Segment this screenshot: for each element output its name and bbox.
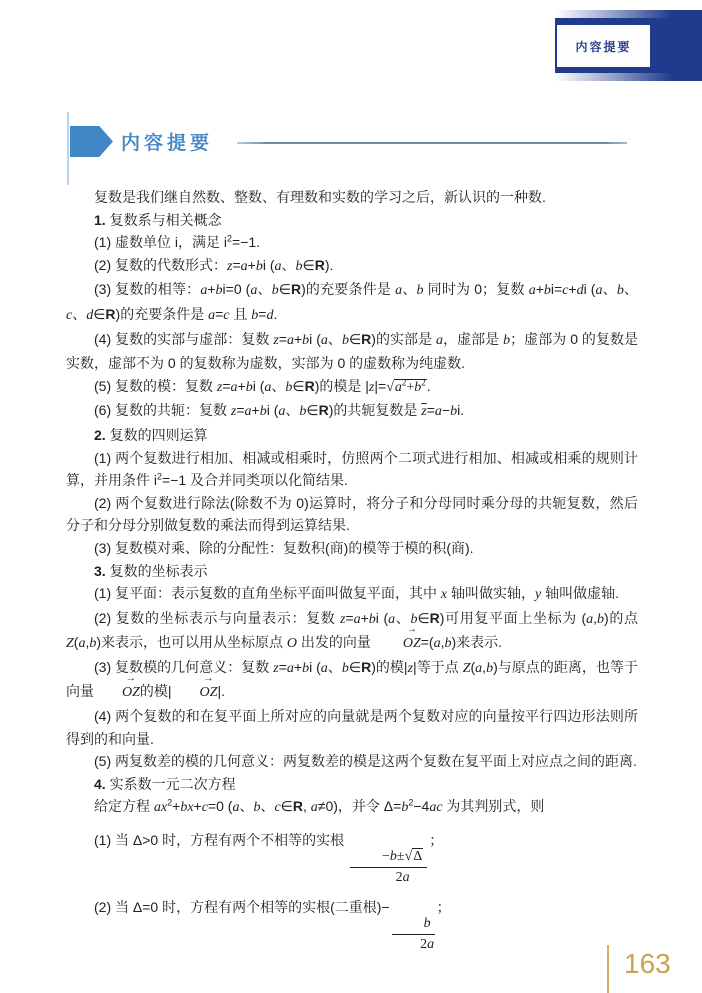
corner-tab-top-strip <box>555 10 702 18</box>
paragraph: (3) 复数模的几何意义：复数 z=a+bi (a、b∈R)的模|z|等于点 Z… <box>66 656 638 705</box>
paragraph: 4. 实系数一元二次方程 <box>66 773 638 796</box>
paragraph: (3) 复数的相等：a+bi=0 (a、b∈R)的充要条件是 a、b 同时为 0… <box>66 278 638 327</box>
paragraph: 复数是我们继自然数、整数、有理数和实数的学习之后，新认识的一种数. <box>66 186 638 209</box>
paragraph: (2) 两个复数进行除法(除数不为 0)运算时，将分子和分母同时乘分母的共轭复数… <box>66 492 638 537</box>
corner-tab-bottom-strip <box>555 73 702 81</box>
paragraph: (1) 两个复数进行相加、相减或相乘时，仿照两个二项式进行相加、相减或相乘的规则… <box>66 447 638 492</box>
paragraph: 3. 复数的坐标表示 <box>66 560 638 583</box>
paragraph: 2. 复数的四则运算 <box>66 424 638 447</box>
section-title: 内容提要 <box>121 128 213 155</box>
header-vertical-line <box>67 112 69 185</box>
content-paragraphs: 复数是我们继自然数、整数、有理数和实数的学习之后，新认识的一种数.1. 复数系与… <box>66 186 638 961</box>
paragraph: (5) 两复数差的模的几何意义：两复数差的模是这两个复数在复平面上对应点之间的距… <box>66 750 638 773</box>
paragraph: (3) 复数模对乘、除的分配性：复数积(商)的模等于模的积(商). <box>66 537 638 560</box>
paragraph: (2) 复数的坐标表示与向量表示：复数 z=a+bi (a、b∈R)可用复平面上… <box>66 607 638 656</box>
paragraph: (4) 两个复数的和在复平面上所对应的向量就是两个复数对应的向量按平行四边形法则… <box>66 705 638 750</box>
paragraph: (5) 复数的模：复数 z=a+bi (a、b∈R)的模是 |z|=√a2+b2… <box>66 375 638 400</box>
corner-tab-label: 内容提要 <box>557 25 650 67</box>
header-rule <box>237 142 627 144</box>
page-number-divider <box>607 945 609 993</box>
textbook-page: 内容提要 内容提要 复数是我们继自然数、整数、有理数和实数的学习之后，新认识的一… <box>0 0 702 993</box>
corner-tab: 内容提要 <box>555 10 702 81</box>
paragraph: (6) 复数的共轭：复数 z=a+bi (a、b∈R)的共轭复数是 z=a−bi… <box>66 399 638 424</box>
paragraph: (1) 当 Δ>0 时，方程有两个不相等的实根 −b±√Δ2a； <box>66 829 638 887</box>
paragraph: 1. 复数系与相关概念 <box>66 209 638 232</box>
paragraph: 给定方程 ax2+bx+c=0 (a、b、c∈R, a≠0)，并令 Δ=b2−4… <box>66 795 638 820</box>
paragraph: (4) 复数的实部与虚部：复数 z=a+bi (a、b∈R)的实部是 a，虚部是… <box>66 328 638 375</box>
paragraph: (2) 当 Δ=0 时，方程有两个相等的实根(二重根)−b2a； <box>66 896 638 954</box>
paragraph: (1) 复平面：表示复数的直角坐标平面叫做复平面，其中 x 轴叫做实轴，y 轴叫… <box>66 582 638 607</box>
arrow-right-icon <box>70 126 113 157</box>
corner-tab-body: 内容提要 <box>555 18 702 73</box>
paragraph: (2) 复数的代数形式：z=a+bi (a、b∈R). <box>66 254 638 279</box>
page-number: 163 <box>624 948 671 980</box>
paragraph: (1) 虚数单位 i，满足 i2=−1. <box>66 231 638 254</box>
